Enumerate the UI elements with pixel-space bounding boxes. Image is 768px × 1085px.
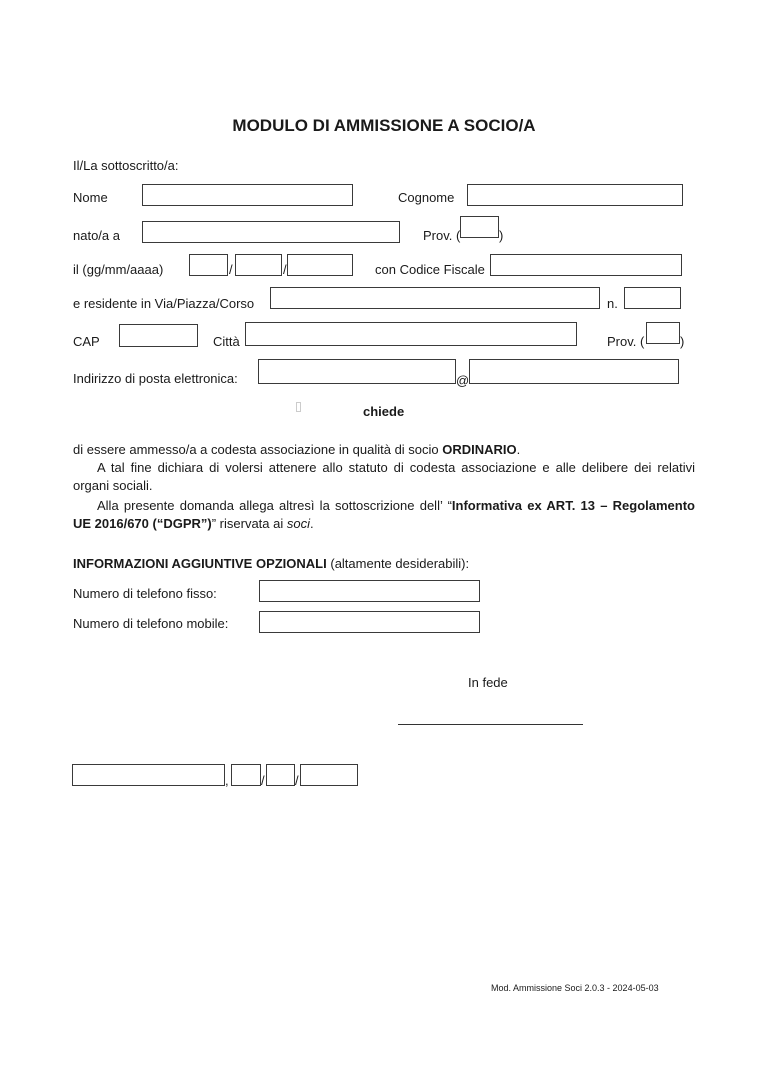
cognome-input[interactable]	[467, 184, 683, 206]
date-separator: /	[229, 262, 233, 277]
email-user-input[interactable]	[258, 359, 456, 384]
nato-a-label: nato/a a	[73, 228, 120, 243]
citta-input[interactable]	[245, 322, 577, 346]
chiede-label: chiede	[363, 404, 404, 419]
optional-heading: INFORMAZIONI AGGIUNTIVE OPZIONALI (altam…	[73, 556, 469, 571]
mese-input[interactable]	[266, 764, 295, 786]
luogo-nascita-input[interactable]	[142, 221, 400, 243]
footer-version: Mod. Ammissione Soci 2.0.3 - 2024-05-03	[491, 983, 659, 993]
numero-civico-label: n.	[607, 296, 618, 311]
optional-heading-rest: (altamente desiderabili):	[327, 556, 469, 571]
tel-fisso-input[interactable]	[259, 580, 480, 602]
codice-fiscale-input[interactable]	[490, 254, 682, 276]
prov-residenza-label: Prov. (	[607, 334, 644, 349]
p1-end: .	[517, 442, 521, 457]
numero-civico-input[interactable]	[624, 287, 681, 309]
p3-end: .	[310, 516, 314, 531]
prov-nascita-label: Prov. (	[423, 228, 460, 243]
body-paragraph-2: A tal fine dichiara di volersi attenere …	[73, 459, 695, 494]
comma-separator: ,	[225, 773, 229, 788]
optional-heading-bold: INFORMAZIONI AGGIUNTIVE OPZIONALI	[73, 556, 327, 571]
mese-nascita-input[interactable]	[235, 254, 282, 276]
page-title: MODULO DI AMMISSIONE A SOCIO/A	[0, 116, 768, 136]
tel-fisso-label: Numero di telefono fisso:	[73, 586, 217, 601]
codice-fiscale-label: con Codice Fiscale	[375, 262, 485, 277]
prov-nascita-input[interactable]	[460, 216, 499, 238]
giorno-nascita-input[interactable]	[189, 254, 228, 276]
body-paragraph-1: di essere ammesso/a a codesta associazio…	[73, 441, 695, 459]
citta-label: Città	[213, 334, 240, 349]
anno-input[interactable]	[300, 764, 358, 786]
prov-residenza-close: )	[680, 334, 684, 349]
intro-label: Il/La sottoscritto/a:	[73, 158, 179, 173]
residenza-label: e residente in Via/Piazza/Corso	[73, 296, 254, 311]
nome-input[interactable]	[142, 184, 353, 206]
date-separator: /	[295, 773, 299, 788]
nome-label: Nome	[73, 190, 108, 205]
luogo-input[interactable]	[72, 764, 225, 786]
date-separator: /	[261, 773, 265, 788]
p3-text: Alla presente domanda allega altresì la …	[97, 498, 452, 513]
artifact-mark	[296, 402, 301, 412]
cap-label: CAP	[73, 334, 100, 349]
in-fede-label: In fede	[468, 675, 508, 690]
prov-nascita-close: )	[499, 228, 503, 243]
email-domain-input[interactable]	[469, 359, 679, 384]
anno-nascita-input[interactable]	[287, 254, 353, 276]
at-sign: @	[456, 373, 469, 388]
giorno-input[interactable]	[231, 764, 261, 786]
tel-mobile-label: Numero di telefono mobile:	[73, 616, 228, 631]
prov-residenza-input[interactable]	[646, 322, 680, 344]
p1-bold: ORDINARIO	[442, 442, 516, 457]
signature-line[interactable]	[398, 724, 583, 725]
indirizzo-input[interactable]	[270, 287, 600, 309]
cap-input[interactable]	[119, 324, 198, 347]
data-nascita-label: il (gg/mm/aaaa)	[73, 262, 163, 277]
p1-text: di essere ammesso/a a codesta associazio…	[73, 442, 442, 457]
p3-mid: ” riservata ai	[212, 516, 287, 531]
cognome-label: Cognome	[398, 190, 454, 205]
body-paragraph-3: Alla presente domanda allega altresì la …	[73, 497, 695, 532]
tel-mobile-input[interactable]	[259, 611, 480, 633]
email-label: Indirizzo di posta elettronica:	[73, 371, 238, 386]
p3-italic: soci	[287, 516, 310, 531]
